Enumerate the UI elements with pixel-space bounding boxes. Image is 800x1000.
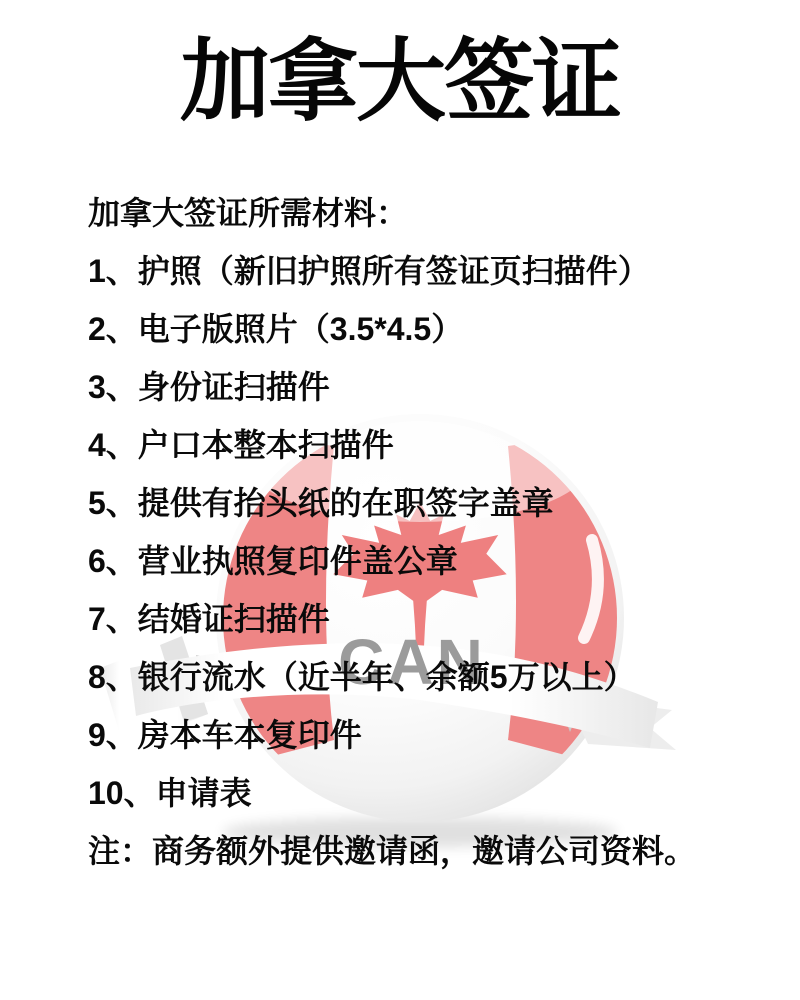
- list-item-4: 4、户口本整本扫描件: [88, 416, 768, 474]
- list-item-10: 10、申请表: [88, 764, 768, 822]
- list-note: 注：商务额外提供邀请函，邀请公司资料。: [88, 822, 768, 880]
- list-item-6: 6、营业执照复印件盖公章: [88, 532, 768, 590]
- list-item-3: 3、身份证扫描件: [88, 358, 768, 416]
- list-item-1: 1、护照（新旧护照所有签证页扫描件）: [88, 242, 768, 300]
- list-item-7: 7、结婚证扫描件: [88, 590, 768, 648]
- text-layer: 加拿大签证 加拿大签证所需材料： 1、护照（新旧护照所有签证页扫描件） 2、电子…: [0, 0, 800, 1000]
- list-item-2: 2、电子版照片（3.5*4.5）: [88, 300, 768, 358]
- page-title: 加拿大签证: [0, 30, 800, 134]
- list-item-5: 5、提供有抬头纸的在职签字盖章: [88, 474, 768, 532]
- list-heading: 加拿大签证所需材料：: [88, 184, 768, 242]
- list-item-8: 8、银行流水（近半年、余额5万以上）: [88, 648, 768, 706]
- list-item-9: 9、房本车本复印件: [88, 706, 768, 764]
- visa-poster: { "poster": { "title": "加拿大签证", "heading…: [0, 0, 800, 1000]
- requirements-list: 加拿大签证所需材料： 1、护照（新旧护照所有签证页扫描件） 2、电子版照片（3.…: [88, 184, 768, 880]
